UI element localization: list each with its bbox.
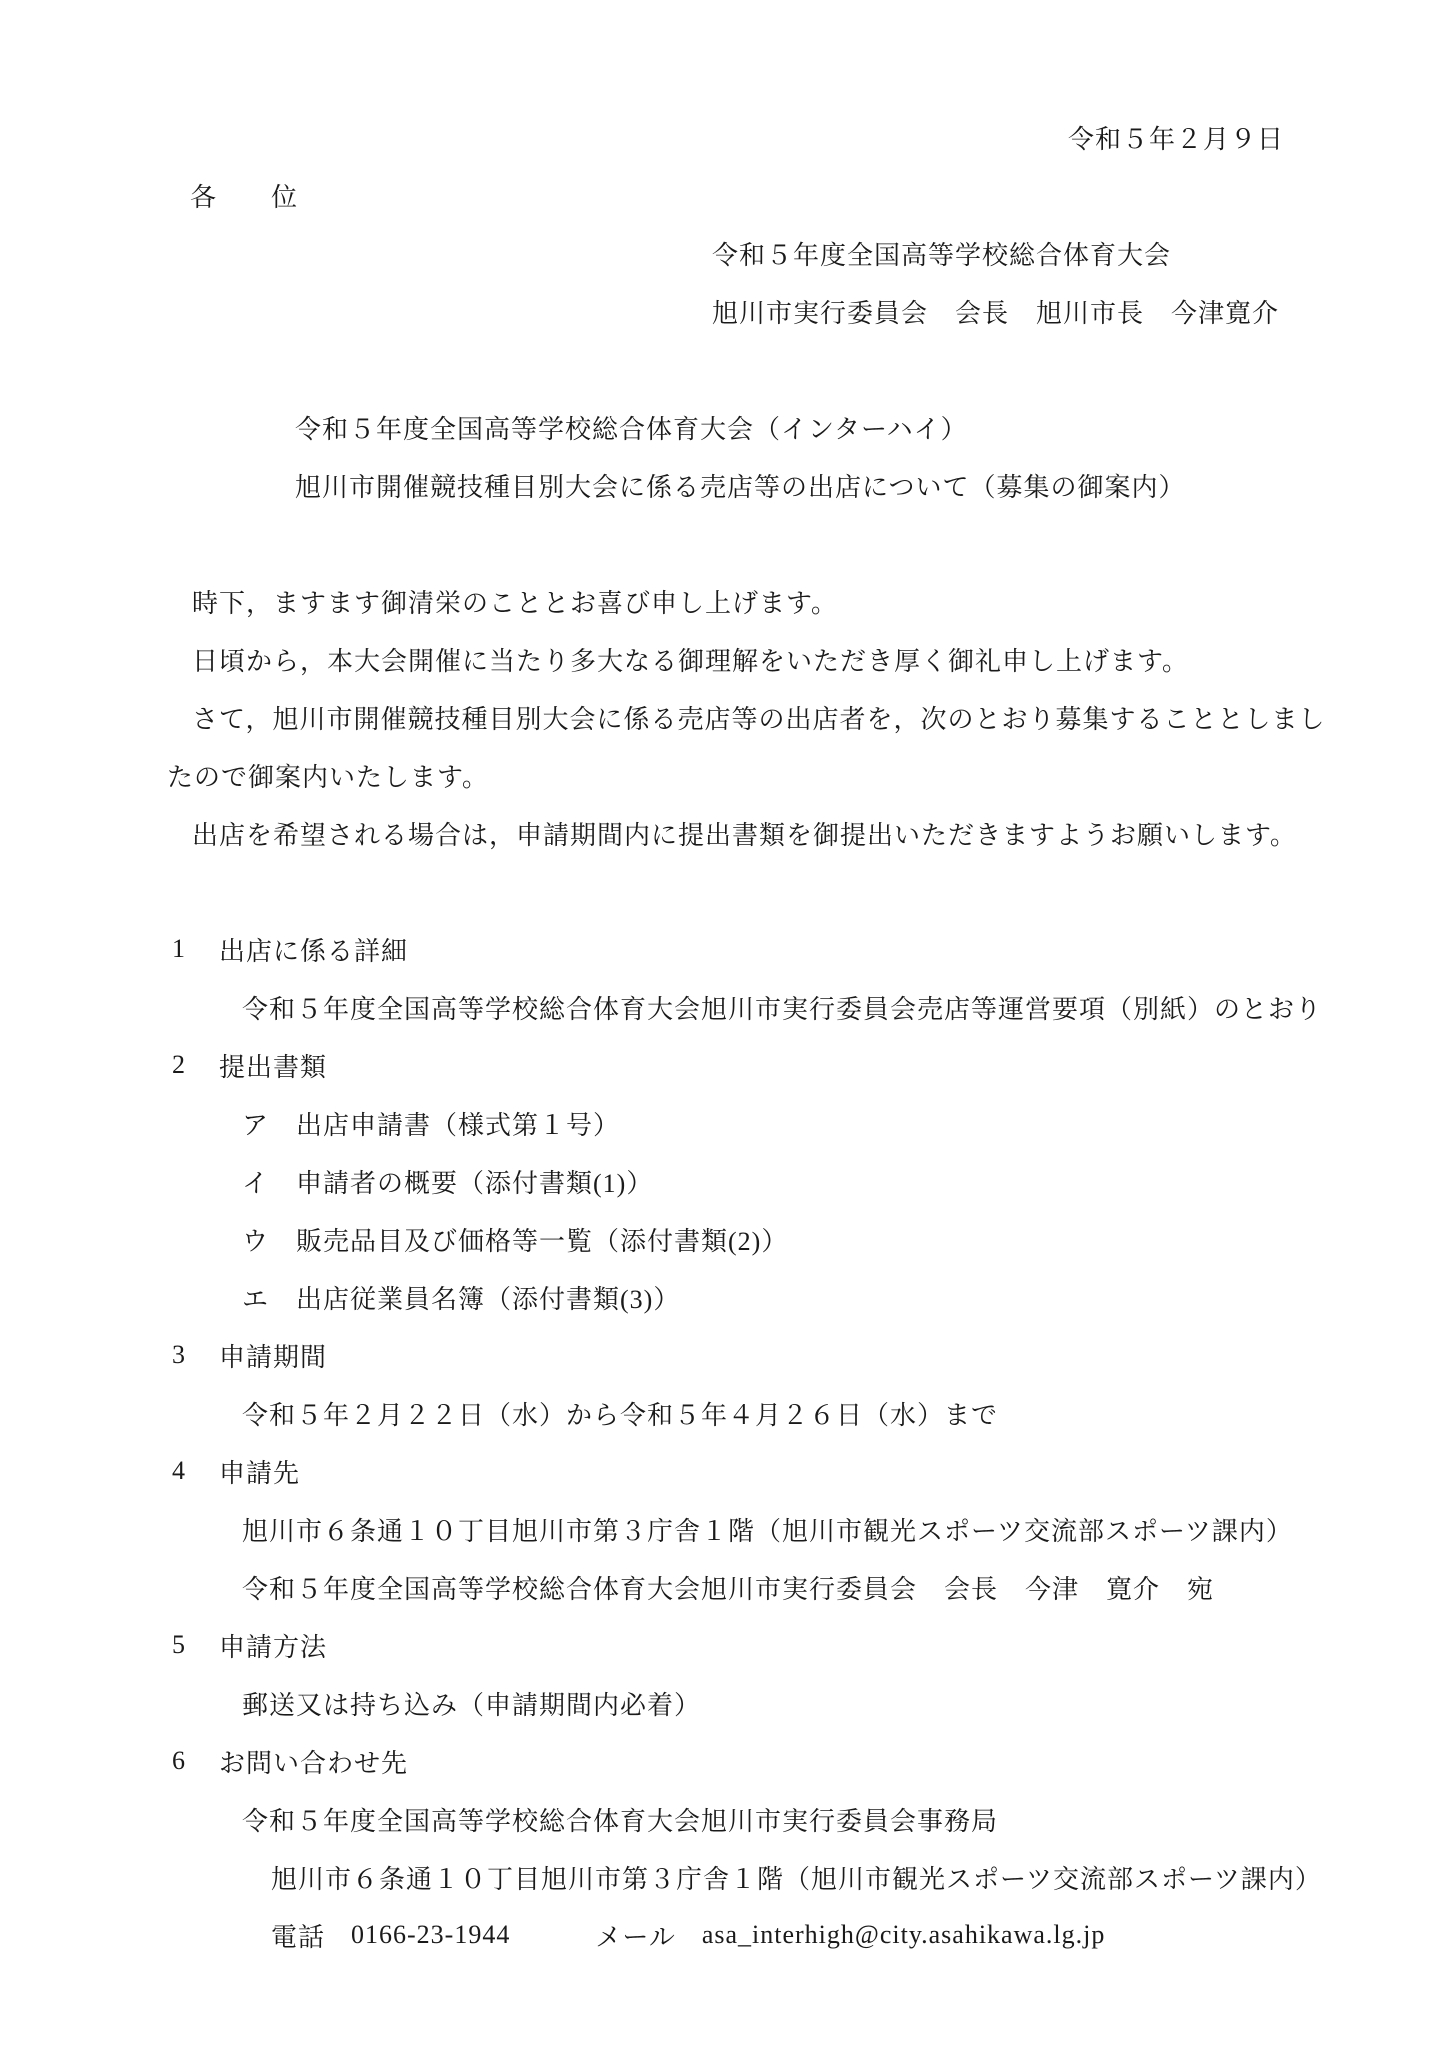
section-2-heading: 2 提出書類 <box>172 1036 1448 1094</box>
body-paragraph-3-line2: たので御案内いたします。 <box>167 746 1448 804</box>
sender-line2-text: 旭川市実行委員会 会長 旭川市長 今津寛介 <box>712 293 1279 330</box>
body-paragraph-1: 時下，ますます御清栄のこととお喜び申し上げます。 <box>192 572 1448 630</box>
body-paragraph-4: 出店を希望される場合は，申請期間内に提出書類を御提出いただきますようお願いします… <box>192 804 1448 862</box>
salutation-text: 各 位 <box>190 177 298 214</box>
spacer <box>0 862 1448 920</box>
section-1-detail-text: 令和５年度全国高等学校総合体育大会旭川市実行委員会売店等運営要項（別紙）のとおり <box>242 989 1322 1026</box>
section-3-number: 3 <box>172 1340 219 1370</box>
item-b-text: 申請者の概要（添付書類(1)） <box>296 1163 653 1200</box>
body-p1-text: 時下，ますます御清栄のこととお喜び申し上げます。 <box>192 583 838 620</box>
section-6-office-text: 令和５年度全国高等学校総合体育大会旭川市実行委員会事務局 <box>242 1801 998 1838</box>
section-4-address: 旭川市６条通１０丁目旭川市第３庁舎１階（旭川市観光スポーツ交流部スポーツ課内） <box>242 1500 1448 1558</box>
item-a-marker: ア <box>242 1105 296 1142</box>
section-4-addressee-text: 令和５年度全国高等学校総合体育大会旭川市実行委員会 会長 今津 寛介 宛 <box>242 1569 1214 1606</box>
item-a-text: 出店申請書（様式第１号） <box>296 1105 620 1142</box>
phone-label: 電話 <box>271 1917 325 1954</box>
item-c-marker: ウ <box>242 1221 296 1258</box>
section-2-heading-text: 提出書類 <box>219 1047 327 1084</box>
section-1-heading: 1 出店に係る詳細 <box>172 920 1448 978</box>
section-5-detail-text: 郵送又は持ち込み（申請期間内必着） <box>242 1685 701 1722</box>
date-text: 令和５年２月９日 <box>1068 119 1284 156</box>
section-6-contact: 電話 0166-23-1944 メール asa_interhigh@city.a… <box>271 1906 1448 1964</box>
mail-label: メール <box>595 1917 675 1954</box>
spacer <box>0 514 1448 572</box>
sender-chairman: 旭川市実行委員会 会長 旭川市長 今津寛介 <box>712 282 1448 340</box>
body-paragraph-2: 日頃から，本大会開催に当たり多大なる御理解をいただき厚く御礼申し上げます。 <box>192 630 1448 688</box>
section-4-addressee: 令和５年度全国高等学校総合体育大会旭川市実行委員会 会長 今津 寛介 宛 <box>242 1558 1448 1616</box>
section-3-heading-text: 申請期間 <box>219 1337 327 1374</box>
section-2-item-c: ウ 販売品目及び価格等一覧（添付書類(2)） <box>242 1210 1448 1268</box>
section-2-item-a: ア 出店申請書（様式第１号） <box>242 1094 1448 1152</box>
section-3-detail: 令和５年２月２２日（水）から令和５年４月２６日（水）まで <box>242 1384 1448 1442</box>
item-c-text: 販売品目及び価格等一覧（添付書類(2)） <box>296 1221 788 1258</box>
title-line2-text: 旭川市開催競技種目別大会に係る売店等の出店について（募集の御案内） <box>295 467 1185 504</box>
section-6-number: 6 <box>172 1746 219 1776</box>
section-4-number: 4 <box>172 1456 219 1486</box>
section-1-number: 1 <box>172 934 219 964</box>
phone-number: 0166-23-1944 <box>351 1920 510 1950</box>
section-4-heading-text: 申請先 <box>219 1453 300 1490</box>
section-5-detail: 郵送又は持ち込み（申請期間内必着） <box>242 1674 1448 1732</box>
email-address: asa_interhigh@city.asahikawa.lg.jp <box>702 1920 1106 1950</box>
document-page: 令和５年２月９日 各 位 令和５年度全国高等学校総合体育大会 旭川市実行委員会 … <box>0 0 1448 2048</box>
section-4-address-text: 旭川市６条通１０丁目旭川市第３庁舎１階（旭川市観光スポーツ交流部スポーツ課内） <box>242 1511 1293 1548</box>
sender-line1-text: 令和５年度全国高等学校総合体育大会 <box>712 235 1171 272</box>
section-6-heading-text: お問い合わせ先 <box>219 1743 408 1780</box>
body-p4-text: 出店を希望される場合は，申請期間内に提出書類を御提出いただきますようお願いします… <box>192 815 1297 852</box>
salutation: 各 位 <box>190 166 1448 224</box>
section-1-detail: 令和５年度全国高等学校総合体育大会旭川市実行委員会売店等運営要項（別紙）のとおり <box>242 978 1448 1036</box>
document-title-line1: 令和５年度全国高等学校総合体育大会（インターハイ） <box>295 398 1448 456</box>
document-date: 令和５年２月９日 <box>0 108 1448 166</box>
section-6-heading: 6 お問い合わせ先 <box>172 1732 1448 1790</box>
section-6-office: 令和５年度全国高等学校総合体育大会旭川市実行委員会事務局 <box>242 1790 1448 1848</box>
section-5-heading: 5 申請方法 <box>172 1616 1448 1674</box>
item-b-marker: イ <box>242 1163 296 1200</box>
section-6-address: 旭川市６条通１０丁目旭川市第３庁舎１階（旭川市観光スポーツ交流部スポーツ課内） <box>271 1848 1448 1906</box>
section-2-item-b: イ 申請者の概要（添付書類(1)） <box>242 1152 1448 1210</box>
section-2-item-d: エ 出店従業員名簿（添付書類(3)） <box>242 1268 1448 1326</box>
spacer <box>0 340 1448 398</box>
section-4-heading: 4 申請先 <box>172 1442 1448 1500</box>
section-3-detail-text: 令和５年２月２２日（水）から令和５年４月２６日（水）まで <box>242 1395 998 1432</box>
section-2-number: 2 <box>172 1050 219 1080</box>
body-paragraph-3-line1: さて，旭川市開催競技種目別大会に係る売店等の出店者を，次のとおり募集することとし… <box>192 688 1448 746</box>
sender-organization: 令和５年度全国高等学校総合体育大会 <box>712 224 1448 282</box>
body-p3a-text: さて，旭川市開催競技種目別大会に係る売店等の出店者を，次のとおり募集することとし… <box>192 699 1325 736</box>
item-d-text: 出店従業員名簿（添付書類(3)） <box>296 1279 680 1316</box>
section-5-number: 5 <box>172 1630 219 1660</box>
body-p2-text: 日頃から，本大会開催に当たり多大なる御理解をいただき厚く御礼申し上げます。 <box>192 641 1189 678</box>
item-d-marker: エ <box>242 1279 296 1316</box>
section-1-heading-text: 出店に係る詳細 <box>219 931 408 968</box>
section-5-heading-text: 申請方法 <box>219 1627 327 1664</box>
body-p3b-text: たので御案内いたします。 <box>167 757 489 794</box>
section-6-address-text: 旭川市６条通１０丁目旭川市第３庁舎１階（旭川市観光スポーツ交流部スポーツ課内） <box>271 1859 1322 1896</box>
section-3-heading: 3 申請期間 <box>172 1326 1448 1384</box>
document-title-line2: 旭川市開催競技種目別大会に係る売店等の出店について（募集の御案内） <box>295 456 1448 514</box>
title-line1-text: 令和５年度全国高等学校総合体育大会（インターハイ） <box>295 409 968 446</box>
